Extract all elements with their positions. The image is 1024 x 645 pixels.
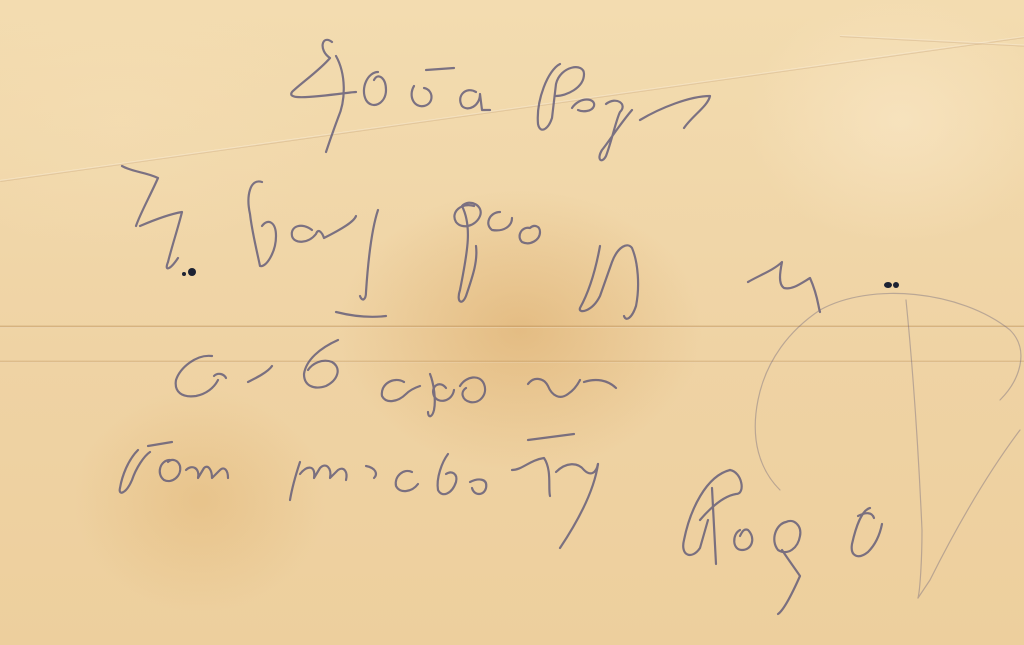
line-1-strokes: [291, 40, 710, 160]
line-4-strokes: [120, 434, 598, 548]
line-3-strokes: [176, 340, 616, 416]
handwriting-strokes: [0, 0, 1024, 645]
faint-sketch-strokes: [755, 293, 1021, 598]
signature-strokes: [683, 470, 882, 614]
line-2-strokes: [122, 166, 820, 319]
aged-paper-note: Дроба Роде Чувај деду и с бојом бољи на …: [0, 0, 1024, 645]
